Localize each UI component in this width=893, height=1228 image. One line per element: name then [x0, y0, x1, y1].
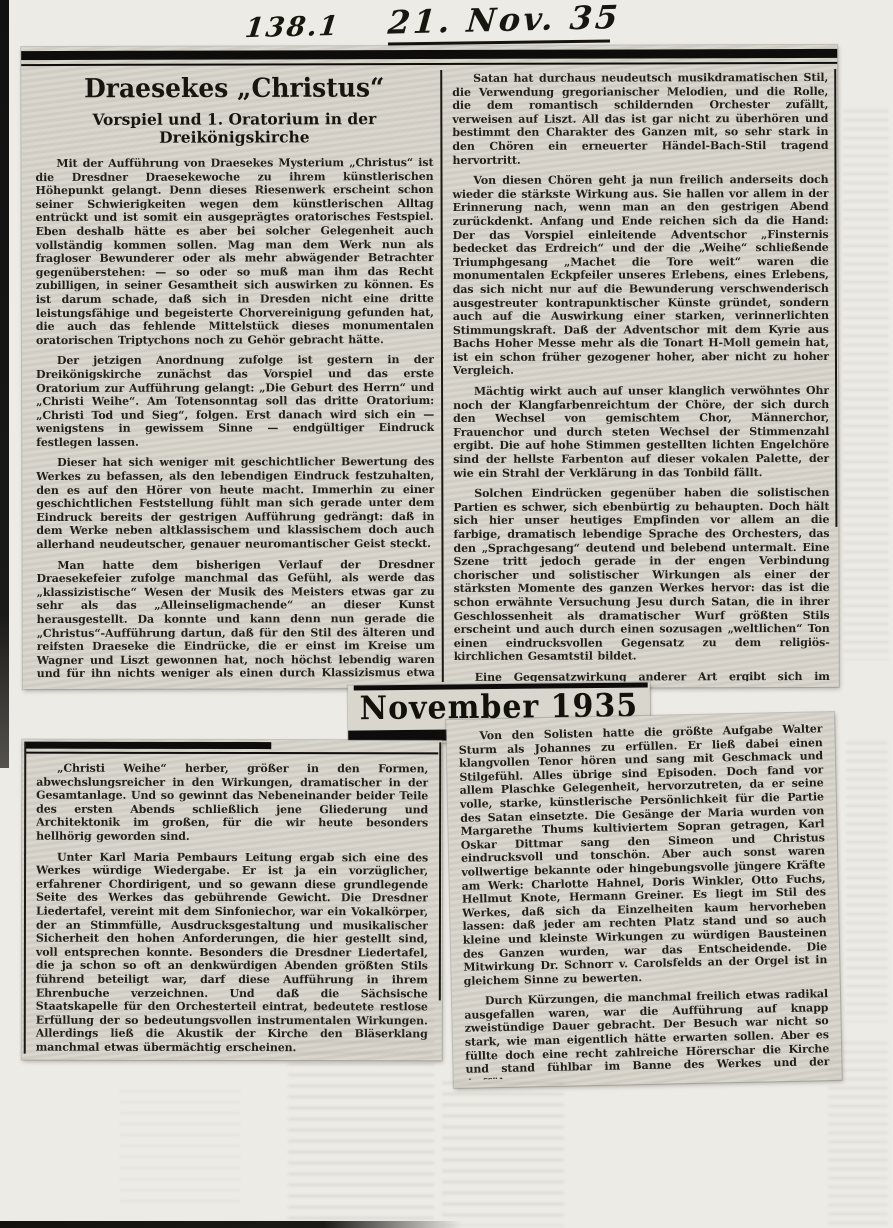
archive-number: 138.1 — [243, 11, 341, 44]
top-rule-thick — [21, 49, 837, 60]
paragraph: Satan hat durchaus neudeutsch musikdrama… — [452, 71, 828, 167]
top-rule-thick — [25, 742, 271, 749]
paragraph: Durch Kürzungen, die manchmal freilich e… — [464, 987, 830, 1079]
paragraph: Mit der Aufführung von Draesekes Mysteri… — [35, 156, 433, 347]
bleedthrough-text — [828, 1042, 888, 1226]
paragraph: Von diesen Chören geht ja nun freilich a… — [452, 173, 829, 378]
lower-right-column: Von den Solisten hatte die größte Aufgab… — [458, 722, 829, 1080]
lower-right-clipping: Von den Solisten hatte die größte Aufgab… — [446, 712, 842, 1088]
paragraph: Dieser hat sich weniger mit geschichtlic… — [36, 455, 434, 551]
bleedthrough-text — [120, 1090, 240, 1210]
right-edge-rule — [834, 69, 837, 527]
bleedthrough-text — [846, 742, 888, 1022]
top-rule-thin — [21, 62, 837, 66]
handwritten-date: 21. Nov. 35 — [386, 0, 622, 42]
top-rule-thin — [25, 752, 438, 755]
upper-right-column-text: Satan hat durchaus neudeutsch musikdrama… — [452, 71, 830, 682]
paragraph: Mächtig wirkt auch auf unser klanglich v… — [453, 384, 829, 480]
lower-right-column-text: Von den Solisten hatte die größte Aufgab… — [458, 722, 829, 1080]
paragraph: „Christi Weihe“ herber, größer in den Fo… — [36, 762, 428, 844]
upper-left-column-text: Mit der Aufführung von Draesekes Mysteri… — [35, 156, 434, 681]
upper-left-column: Draesekes „Christus“ Vorspiel und 1. Ora… — [35, 74, 435, 681]
handwritten-annotation: 138.121. Nov. 35 — [245, 0, 666, 45]
bleedthrough-text — [442, 1082, 564, 1226]
column-divider — [440, 70, 444, 682]
paragraph: Solchen Eindrücken gegenüber haben die s… — [453, 486, 829, 664]
upper-clipping: Draesekes „Christus“ Vorspiel und 1. Ora… — [21, 45, 839, 689]
paragraph: Man hatte dem bisherigen Verlauf der Dre… — [37, 558, 435, 681]
scan-edge-left — [0, 0, 9, 768]
right-edge-rule — [439, 742, 441, 1000]
bleedthrough-text — [843, 110, 889, 660]
paragraph: Von den Solisten hatte die größte Aufgab… — [458, 722, 827, 988]
article-subtitle: Vorspiel und 1. Oratorium in der Dreikön… — [35, 110, 433, 147]
upper-right-column: Satan hat durchaus neudeutsch musikdrama… — [452, 71, 830, 682]
paragraph: Eine Gegensatzwirkung anderer Art ergibt… — [454, 670, 830, 682]
article-headline: Draesekes „Christus“ — [35, 74, 433, 104]
scanned-newspaper-page: { "annotation": { "number": "138.1", "da… — [0, 0, 893, 1228]
left-edge-rule — [24, 742, 27, 1054]
bleedthrough-text — [288, 1008, 434, 1226]
paragraph: Der jetzigen Anordnung zufolge ist geste… — [36, 353, 434, 449]
